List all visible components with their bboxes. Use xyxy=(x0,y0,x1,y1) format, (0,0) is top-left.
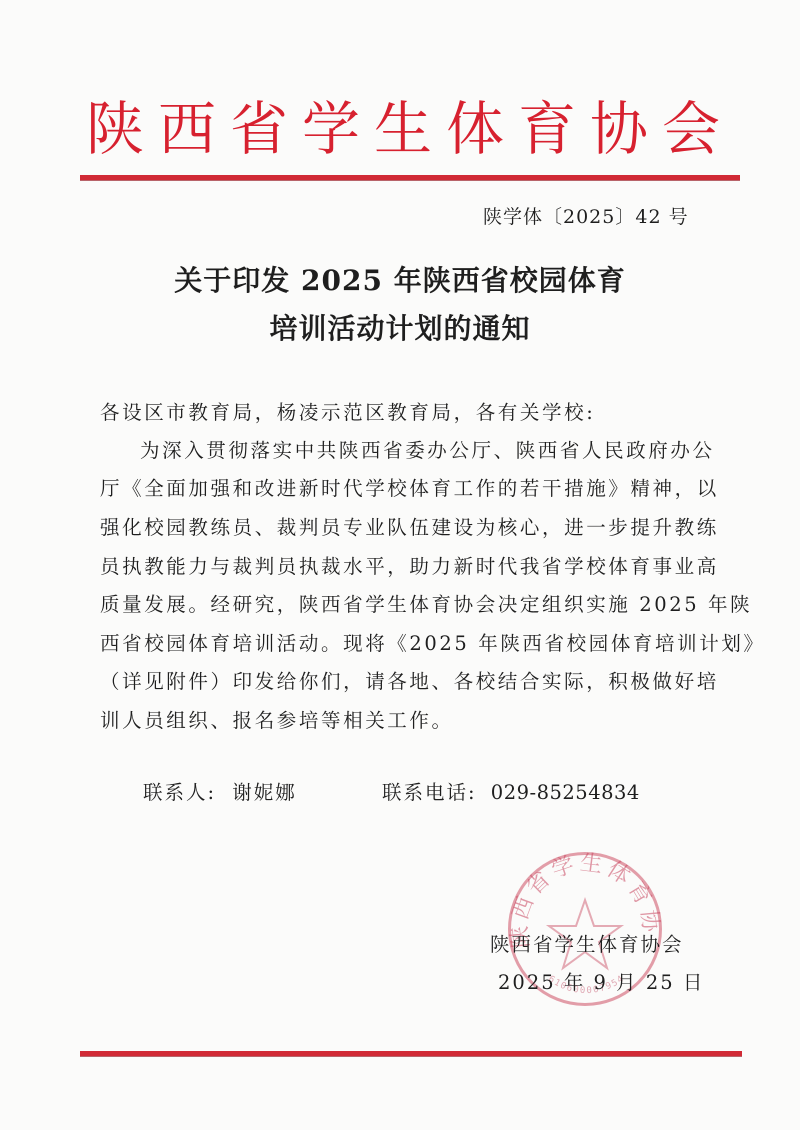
salutation: 各设区市教育局，杨凌示范区教育局，各有关学校: xyxy=(100,394,720,432)
footer-red-divider xyxy=(80,1051,742,1057)
header-red-divider xyxy=(80,175,740,181)
document-page: 陕西省学生体育协会 陕学体〔2025〕42 号 关于印发 2025 年陕西省校园… xyxy=(0,0,800,1130)
issue-date: 2025 年 9 月 25 日 xyxy=(498,966,704,1000)
organization-header: 陕西省学生体育协会 xyxy=(80,84,740,174)
contact-phone-label: 联系电话: xyxy=(382,781,477,804)
body-paragraph-line: 厅《全面加强和改进新时代学校体育工作的若干措施》精神，以 xyxy=(100,470,720,508)
contact-phone: 联系电话: 029-85254834 xyxy=(382,776,640,810)
contact-person: 联系人: 谢妮娜 xyxy=(143,776,297,810)
contact-person-label: 联系人: xyxy=(143,781,216,804)
contact-phone-number: 029-85254834 xyxy=(491,781,640,804)
document-title-line-1: 关于印发 2025 年陕西省校园体育 xyxy=(100,258,700,304)
document-title-line-2: 培训活动计划的通知 xyxy=(100,306,700,352)
body-paragraph-line: 质量发展。经研究，陕西省学生体育协会决定组织实施 2025 年陕 xyxy=(100,586,720,624)
body-paragraph-line: （详见附件）印发给你们，请各地、各校结合实际，积极做好培 xyxy=(100,663,720,701)
issuer-signature: 陕西省学生体育协会 xyxy=(490,928,684,962)
contact-person-name: 谢妮娜 xyxy=(232,781,297,804)
body-paragraph-line: 为深入贯彻落实中共陕西省委办公厅、陕西省人民政府办公 xyxy=(140,432,720,470)
body-paragraph-line: 训人员组织、报名参培等相关工作。 xyxy=(100,702,720,740)
body-paragraph-line: 强化校园教练员、裁判员专业队伍建设为核心，进一步提升教练 xyxy=(100,509,720,547)
body-paragraph-line: 西省校园体育培训活动。现将《2025 年陕西省校园体育培训计划》 xyxy=(100,625,720,663)
document-number: 陕学体〔2025〕42 号 xyxy=(483,201,689,233)
body-paragraph-line: 员执教能力与裁判员执裁水平，助力新时代我省学校体育事业高 xyxy=(100,548,720,586)
